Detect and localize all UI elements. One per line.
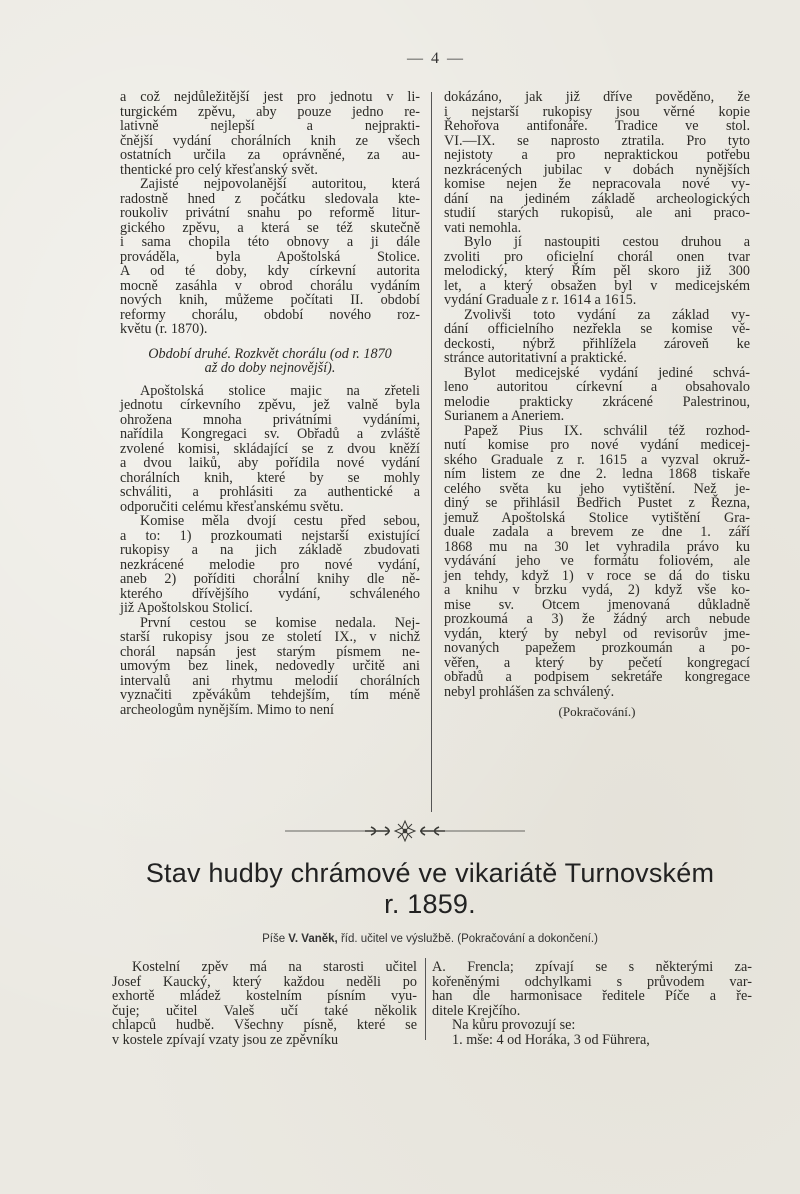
text-line: Kostelní zpěv má na starosti učitel — [112, 960, 417, 975]
text-line: jen tehdy, když 1) v roce se dá do tisku — [444, 569, 750, 584]
paragraph: a což nejdůležitější jest pro jednotu v … — [120, 90, 420, 177]
text-line: chorál napsán jest starým písmem ne- — [120, 645, 420, 660]
text-line: exhortě mládež kostelním písním vyu- — [112, 989, 417, 1004]
text-line: i nejstarší rukopisy jsou věrné kopie — [444, 105, 750, 120]
article-byline: Píše V. Vaněk, říd. učitel ve výslužbě. … — [100, 933, 760, 945]
paragraph: Zvolivši toto vydání za základ vy-dání o… — [444, 308, 750, 366]
text-line: 1868 mu na 30 let vyhradila právo ku — [444, 540, 750, 555]
text-line: nezkrácených jubilac v dobách nynějších — [444, 163, 750, 178]
paragraph: Zajisté nejpovolanější autoritou, kterár… — [120, 177, 420, 337]
text-line: ním listem ze dne 2. ledna 1868 tiskaře — [444, 467, 750, 482]
text-line: umovým bez linek, nedovedly určitě ani — [120, 659, 420, 674]
article-two-left-column: Kostelní zpěv má na starosti učitelJosef… — [112, 960, 417, 1047]
text-line: Zajisté nejpovolanější autoritou, která — [120, 177, 420, 192]
text-line: gického zpěvu, a která se též skutečně — [120, 221, 420, 236]
text-line: mise sv. Otcem jmenovaná důkladně — [444, 598, 750, 613]
text-line: ditele Krejčího. — [432, 1004, 752, 1019]
text-line: A od té doby, kdy církevní autorita — [120, 264, 420, 279]
text-line: Josef Kaucký, který každou neděli po — [112, 975, 417, 990]
column-rule — [425, 958, 426, 1040]
text-line: stránce autoritativní a praktické. — [444, 351, 750, 366]
text-line: archeologům nynějším. Mimo to není — [120, 703, 420, 718]
text-line: Surianem a Aneriem. — [444, 409, 750, 424]
byline-prefix: Píše — [262, 933, 285, 945]
text-line: i sama chopila této obnovy a ji dále — [120, 235, 420, 250]
article-two-right-column: A. Frencla; zpívají se s některými za-ko… — [432, 960, 752, 1047]
article-one-right-column: dokázáno, jak již dříve pověděno, žei ne… — [444, 90, 750, 720]
text-line: roukoliv privátní snahu po reformě litur… — [120, 206, 420, 221]
text-line: kterého dřívějšího vydání, schváleného — [120, 587, 420, 602]
text-line: lativně nejlepší a nejprakti- — [120, 119, 420, 134]
text-line: komise nejen že nepracovala nové vy- — [444, 177, 750, 192]
article-title-line-1: Stav hudby chrámové ve vikariátě Turnovs… — [100, 858, 760, 889]
text-line: starší rukopisy jsou ze století IX., v n… — [120, 630, 420, 645]
paragraph: První cestou se komise nedala. Nej-starš… — [120, 616, 420, 718]
text-line: Období druhé. Rozkvět chorálu (od r. 187… — [120, 347, 420, 362]
text-line: Zvolivši toto vydání za základ vy- — [444, 308, 750, 323]
text-line: leno autoritou církevní a obsahovalo — [444, 380, 750, 395]
byline-suffix: říd. učitel ve výslužbě. (Pokračování a … — [341, 933, 598, 945]
text-line: věřen, a který by pečetí kongregací — [444, 656, 750, 671]
text-line: mocně zasáhla v obrod chorálu vydáním — [120, 279, 420, 294]
paragraph: Apoštolská stolice majic na zřetelijedno… — [120, 384, 420, 515]
text-line: prozkoumá a 3) že žádný arch nebude — [444, 612, 750, 627]
text-line: Bylot medicejské vydání jediné schvá- — [444, 366, 750, 381]
paragraph: Kostelní zpěv má na starosti učitelJosef… — [112, 960, 417, 1047]
text-line: rukopisy a na jich základě zbudovati — [120, 543, 420, 558]
text-line: Na kůru provozují se: — [432, 1018, 752, 1033]
text-line: vydán, který by nebyl od revisorův jme- — [444, 627, 750, 642]
text-line: nebyl prohlášen za schválený. — [444, 685, 750, 700]
text-line: reformy chorálu, období nového roz- — [120, 308, 420, 323]
text-line: A. Frencla; zpívají se s některými za- — [432, 960, 752, 975]
text-line: vydávání jeho ve formátu foliovém, ale — [444, 554, 750, 569]
text-line: až do doby nejnovější). — [120, 361, 420, 376]
paragraph: Bylo jí nastoupiti cestou druhou azvolit… — [444, 235, 750, 308]
text-line: a což nejdůležitější jest pro jednotu v … — [120, 90, 420, 105]
text-line: a knihu v brzku vydá, 2) když vše ko- — [444, 583, 750, 598]
text-line: nejistoty a pro nepraktickou potřebu — [444, 148, 750, 163]
text-line: Apoštolská stolice majic na zřeteli — [120, 384, 420, 399]
article-title: Stav hudby chrámové ve vikariátě Turnovs… — [100, 858, 760, 920]
text-line: VI.—IX. se naprosto ztratila. Pro tyto — [444, 134, 750, 149]
text-line: čuje; učitel Valeš učí také několik — [112, 1004, 417, 1019]
text-line: kořeněnými odchylkami s průvodem var- — [432, 975, 752, 990]
floral-divider-icon — [285, 818, 525, 842]
text-line: Papež Pius IX. schválil též rozhod- — [444, 424, 750, 439]
text-line: deckosti, nýbrž přihlížela zároveň ke — [444, 337, 750, 352]
text-line: již Apoštolskou Stolicí. — [120, 601, 420, 616]
text-line: Řehořova antifonáře. Tradice ve stol. — [444, 119, 750, 134]
text-line: 1. mše: 4 od Horáka, 3 od Führera, — [432, 1033, 752, 1048]
text-line: ského Graduale z r. 1615 a vyzval okruž- — [444, 453, 750, 468]
text-line: nových knih, můžeme počítati II. období — [120, 293, 420, 308]
text-line: ohrožena mnoha privátními vydáními, — [120, 413, 420, 428]
text-line: diný se přihlásil Bedřich Pustet z Řezna… — [444, 496, 750, 511]
text-line: melodie prakticky zkrácené Palestrinou, — [444, 395, 750, 410]
text-line: Bylo jí nastoupiti cestou druhou a — [444, 235, 750, 250]
text-line: novaných papežem prozkoumán a po- — [444, 641, 750, 656]
paragraph: dokázáno, jak již dříve pověděno, žei ne… — [444, 90, 750, 235]
text-line: intervalů ani rhytmu melodií chorálních — [120, 674, 420, 689]
text-line: nutí komise pro nové vydání medicej- — [444, 438, 750, 453]
text-line: vati nemohla. — [444, 221, 750, 236]
continued-note: (Pokračování.) — [444, 705, 750, 720]
text-line: studií starých rukopisů, ale ani praco- — [444, 206, 750, 221]
paragraph: Na kůru provozují se: — [432, 1018, 752, 1033]
text-line: turgickém zpěvu, aby pouze jedno re- — [120, 105, 420, 120]
text-line: han dle harmonisace ředitele Píče a ře- — [432, 989, 752, 1004]
text-line: celého světa ku jeho vytištění. Než je- — [444, 482, 750, 497]
text-line: melodický, který Řím pěl skoro již 300 — [444, 264, 750, 279]
text-line: dání officielního nezřekla se komise vě- — [444, 322, 750, 337]
text-line: a dvou laiků, aby pořídila nové vydání — [120, 456, 420, 471]
byline-author: V. Vaněk, — [288, 933, 337, 945]
text-line: chorálních knih, které by se mohly — [120, 471, 420, 486]
text-line: zvoliti pro oficielní chorál onen tvar — [444, 250, 750, 265]
text-line: nezkrácené melodie pro nové vydání, — [120, 558, 420, 573]
text-line: nařídila Kongregaci sv. Obřadů a zvláště — [120, 427, 420, 442]
text-line: vyznačiti zpěvákům tehdejším, tím méně — [120, 688, 420, 703]
text-line: vydání Graduale z r. 1614 a 1615. — [444, 293, 750, 308]
page-number: — 4 — — [396, 50, 476, 68]
text-line: jemuž Apoštolská Stolice vytištění Gra- — [444, 511, 750, 526]
text-line: zvolené komisi, skládající se z dvou kně… — [120, 442, 420, 457]
text-line: schváliti, a prohlásiti za authentické a — [120, 485, 420, 500]
text-line: čnější vydání chorálních knih ze všech — [120, 134, 420, 149]
text-line: radostně hned z počátku sledovala kte- — [120, 192, 420, 207]
paragraph: Bylot medicejské vydání jediné schvá-len… — [444, 366, 750, 424]
text-line: dání na jediném základě archeologických — [444, 192, 750, 207]
text-line: dokázáno, jak již dříve pověděno, že — [444, 90, 750, 105]
text-line: duale zadala a brevem ze dne 1. září — [444, 525, 750, 540]
article-one-left-column: a což nejdůležitější jest pro jednotu v … — [120, 90, 420, 717]
text-line: Komise měla dvojí cestu před sebou, — [120, 514, 420, 529]
paragraph: 1. mše: 4 od Horáka, 3 od Führera, — [432, 1033, 752, 1048]
text-line: První cestou se komise nedala. Nej- — [120, 616, 420, 631]
text-line: ostatních určila za oprávněné, za au- — [120, 148, 420, 163]
paragraph: A. Frencla; zpívají se s některými za-ko… — [432, 960, 752, 1018]
text-line: obřadů a podpisem sekretáře kongregace — [444, 670, 750, 685]
text-line: thentické pro celý křesťanský svět. — [120, 163, 420, 178]
text-line: květu (r. 1870). — [120, 322, 420, 337]
text-line: prováděla, byla Apoštolská Stolice. — [120, 250, 420, 265]
text-line: let, a který obsažen byl v medicejském — [444, 279, 750, 294]
text-line: a to: 1) prozkoumati nejstarší existujíc… — [120, 529, 420, 544]
paragraph: Papež Pius IX. schválil též rozhod-nutí … — [444, 424, 750, 700]
text-line: chlapců hudbě. Všechny písně, které se — [112, 1018, 417, 1033]
column-rule — [431, 92, 432, 812]
article-title-line-2: r. 1859. — [100, 889, 760, 920]
paragraph: Komise měla dvojí cestu před sebou,a to:… — [120, 514, 420, 616]
text-line: odporučiti celému křesťanskému světu. — [120, 500, 420, 515]
text-line: aneb 2) poříditi chorální knihy dle ně- — [120, 572, 420, 587]
text-line: v kostele zpívají vzaty jsou ze zpěvníku — [112, 1033, 417, 1048]
section-subheading: Období druhé. Rozkvět chorálu (od r. 187… — [120, 347, 420, 376]
text-line: jednotu církevního zpěvu, jež valně byla — [120, 398, 420, 413]
